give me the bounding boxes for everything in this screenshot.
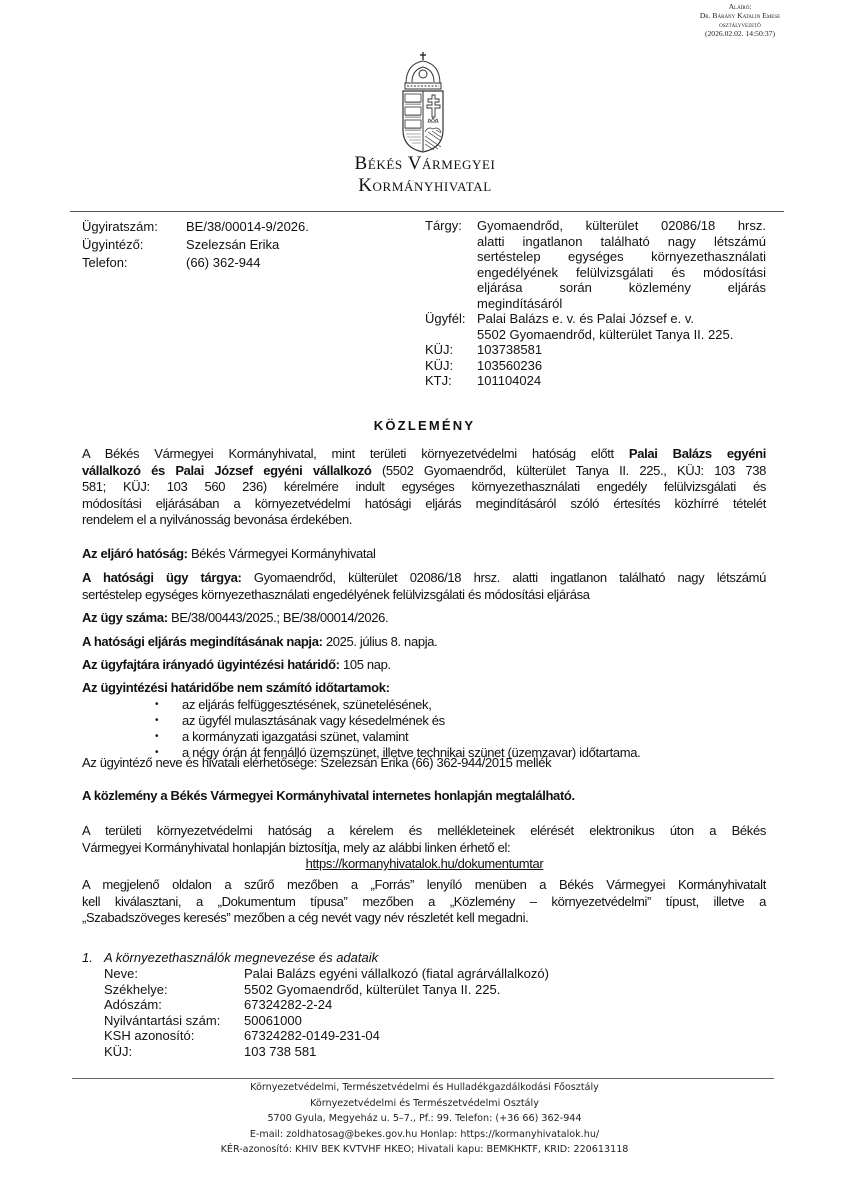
notice-statement: A közlemény a Békés Vármegyei Kormányhiv… [82, 788, 782, 805]
excluded-periods-heading: Az ügyintézési határidőbe nem számító id… [82, 680, 782, 697]
administrator-label: Ügyintéző: [82, 236, 186, 254]
table-row: Nyilvántartási szám:50061000 [104, 1013, 549, 1029]
access-line: A területi környezetvédelmi hatóság a ké… [82, 823, 766, 840]
signature-timestamp: (2026.02.02. 14:50:37) [665, 29, 815, 38]
instruction-line: kell kiválasztani, a „Dokumentum típusa”… [82, 894, 766, 911]
bullet-icon: • [155, 729, 182, 745]
footer-department: Környezetvédelmi, Természetvédelmi és Hu… [0, 1080, 849, 1096]
intro-line: A Békés Vármegyei Kormányhivatal, mint t… [82, 446, 766, 463]
table-row: KÜJ:103 738 581 [104, 1044, 549, 1060]
footer-identifiers: KÉR-azonosító: KHIV BEK KVTVHF HKEO; Hiv… [0, 1142, 849, 1158]
excluded-periods-label: Az ügyintézési határidőbe nem számító id… [82, 680, 390, 695]
authority-value: Békés Vármegyei Kormányhivatal [191, 546, 376, 561]
instructions-paragraph: A megjelenő oldalon a szűrő mezőben a „F… [82, 877, 766, 927]
id-row: KÜJ: 103560236 [425, 358, 766, 374]
signer-label: Aláíró: [665, 2, 815, 11]
table-row: KSH azonosító:67324282-0149-231-04 [104, 1028, 549, 1044]
organization-name-line2: Kormányhivatal [300, 175, 550, 197]
case-subject-line: A hatósági ügy tárgya: Gyomaendrőd, kült… [82, 570, 766, 587]
footer-division: Környezetvédelmi és Természetvédelmi Osz… [0, 1096, 849, 1112]
authority-label: Az eljáró hatóság: [82, 546, 188, 561]
id-value: 103560236 [477, 358, 766, 374]
client-label: Ügyfél: [425, 311, 477, 342]
subject-line: engedélyének felülvizsgálati és módosítá… [477, 265, 766, 281]
page-footer: Környezetvédelmi, Természetvédelmi és Hu… [0, 1080, 849, 1158]
footer-divider [72, 1078, 774, 1079]
subject-value: Gyomaendrőd, külterület 02086/18 hrsz. a… [477, 218, 766, 311]
id-row: KÜJ: 103738581 [425, 342, 766, 358]
access-paragraph: A területi környezetvédelmi hatóság a ké… [82, 823, 766, 856]
table-row: Neve:Palai Balázs egyéni vállalkozó (fia… [104, 966, 549, 982]
id-row: KTJ: 101104024 [425, 373, 766, 389]
client-line: Palai Balázs e. v. és Palai József e. v. [477, 311, 766, 327]
section-number: 1. [82, 950, 104, 966]
list-item: •az ügyfél mulasztásának vagy késedelmén… [155, 713, 640, 729]
notice-statement-text: A közlemény a Békés Vármegyei Kormányhiv… [82, 788, 575, 803]
subject-line: sertéstelep egységes környezethasználati [477, 249, 766, 265]
case-subject-line: sertéstelep egységes környezethasználati… [82, 587, 766, 604]
table-row: Székhelye:5502 Gyomaendrőd, külterület T… [104, 982, 549, 998]
case-number-field-value: BE/38/00443/2025.; BE/38/00014/2026. [171, 610, 388, 625]
case-metadata: Ügyiratszám: BE/38/00014-9/2026. Ügyinté… [82, 218, 309, 272]
hungarian-coat-of-arms-icon [398, 50, 448, 154]
client-value: Palai Balázs e. v. és Palai József e. v.… [477, 311, 766, 342]
signer-name: Dr. Bárány Katalin Emese [665, 11, 815, 20]
section-title: A környezethasználók megnevezése és adat… [104, 950, 378, 965]
intro-line: módosítási eljárásában a környezetvédelm… [82, 496, 766, 513]
subject-label: Tárgy: [425, 218, 477, 311]
phone-value: (66) 362-944 [186, 254, 260, 272]
document-title: KÖZLEMÉNY [0, 418, 849, 433]
start-date-label: A hatósági eljárás megindításának napja: [82, 634, 323, 649]
phone-label: Telefon: [82, 254, 186, 272]
meta-row: Ügyiratszám: BE/38/00014-9/2026. [82, 218, 309, 236]
contact-line: Az ügyintéző neve és hivatali elérhetősé… [82, 755, 782, 772]
organization-name-line1: Békés Vármegyei [300, 153, 550, 175]
excluded-periods-list: •az eljárás felfüggesztésének, szünetelé… [155, 697, 640, 761]
instruction-line: „Szabadszöveges keresés” mezőben a cég n… [82, 910, 766, 927]
section-heading: 1.A környezethasználók megnevezése és ad… [82, 950, 549, 966]
subject-line: megindításáról [477, 296, 766, 312]
id-value: 103738581 [477, 342, 766, 358]
subject-line: eljárása során közlemény eljárás [477, 280, 766, 296]
id-label: KÜJ: [425, 342, 477, 358]
start-date-field: A hatósági eljárás megindításának napja:… [82, 634, 782, 651]
subject-row: Tárgy: Gyomaendrőd, külterület 02086/18 … [425, 218, 766, 311]
signer-title: osztályvezető [665, 20, 815, 29]
deadline-label: Az ügyfajtára irányadó ügyintézési határ… [82, 657, 340, 672]
case-number-field-label: Az ügy száma: [82, 610, 168, 625]
meta-row: Telefon: (66) 362-944 [82, 254, 309, 272]
id-label: KTJ: [425, 373, 477, 389]
subject-line: Gyomaendrőd, külterület 02086/18 hrsz. [477, 218, 766, 234]
case-number-value: BE/38/00014-9/2026. [186, 218, 309, 236]
header-divider [70, 211, 784, 212]
intro-paragraph: A Békés Vármegyei Kormányhivatal, mint t… [82, 446, 766, 529]
organization-name: Békés Vármegyei Kormányhivatal [300, 153, 550, 197]
id-label: KÜJ: [425, 358, 477, 374]
list-item: •az eljárás felfüggesztésének, szünetelé… [155, 697, 640, 713]
client-row: Ügyfél: Palai Balázs e. v. és Palai Józs… [425, 311, 766, 342]
case-subject-field: A hatósági ügy tárgya: Gyomaendrőd, kült… [82, 570, 766, 603]
section-environment-users: 1.A környezethasználók megnevezése és ad… [82, 950, 549, 1059]
deadline-value: 105 nap. [343, 657, 391, 672]
environment-user-table: Neve:Palai Balázs egyéni vállalkozó (fia… [104, 966, 549, 1059]
id-value: 101104024 [477, 373, 766, 389]
instruction-line: A megjelenő oldalon a szűrő mezőben a „F… [82, 877, 766, 894]
client-line: 5502 Gyomaendrőd, külterület Tanya II. 2… [477, 327, 766, 343]
signature-block: Aláíró: Dr. Bárány Katalin Emese osztály… [665, 2, 815, 38]
authority-field: Az eljáró hatóság: Békés Vármegyei Kormá… [82, 546, 782, 563]
administrator-value: Szelezsán Erika [186, 236, 279, 254]
table-row: Adószám:67324282-2-24 [104, 997, 549, 1013]
case-number-label: Ügyiratszám: [82, 218, 186, 236]
case-number-field: Az ügy száma: BE/38/00443/2025.; BE/38/0… [82, 610, 782, 627]
deadline-field: Az ügyfajtára irányadó ügyintézési határ… [82, 657, 782, 674]
subject-metadata: Tárgy: Gyomaendrőd, külterület 02086/18 … [425, 218, 766, 389]
footer-address: 5700 Gyula, Megyeház u. 5–7., Pf.: 99. T… [0, 1111, 849, 1127]
meta-row: Ügyintéző: Szelezsán Erika [82, 236, 309, 254]
list-item: •a kormányzati igazgatási szünet, valami… [155, 729, 640, 745]
intro-line: rendelem el a nyilvánosság bevonása érde… [82, 512, 766, 529]
bullet-icon: • [155, 697, 182, 713]
bullet-icon: • [155, 713, 182, 729]
intro-line: vállalkozó és Palai József egyéni vállal… [82, 463, 766, 480]
document-library-link[interactable]: https://kormanyhivatalok.hu/dokumentumta… [0, 856, 849, 871]
intro-line: 581; KÜJ: 103 560 236) kérelmére indult … [82, 479, 766, 496]
subject-line: alatti ingatlanon található nagy létszám… [477, 234, 766, 250]
start-date-value: 2025. július 8. napja. [326, 634, 438, 649]
footer-contact: E-mail: zoldhatosag@bekes.gov.hu Honlap:… [0, 1127, 849, 1143]
access-line: Vármegyei Kormányhivatal honlapján bizto… [82, 840, 766, 857]
